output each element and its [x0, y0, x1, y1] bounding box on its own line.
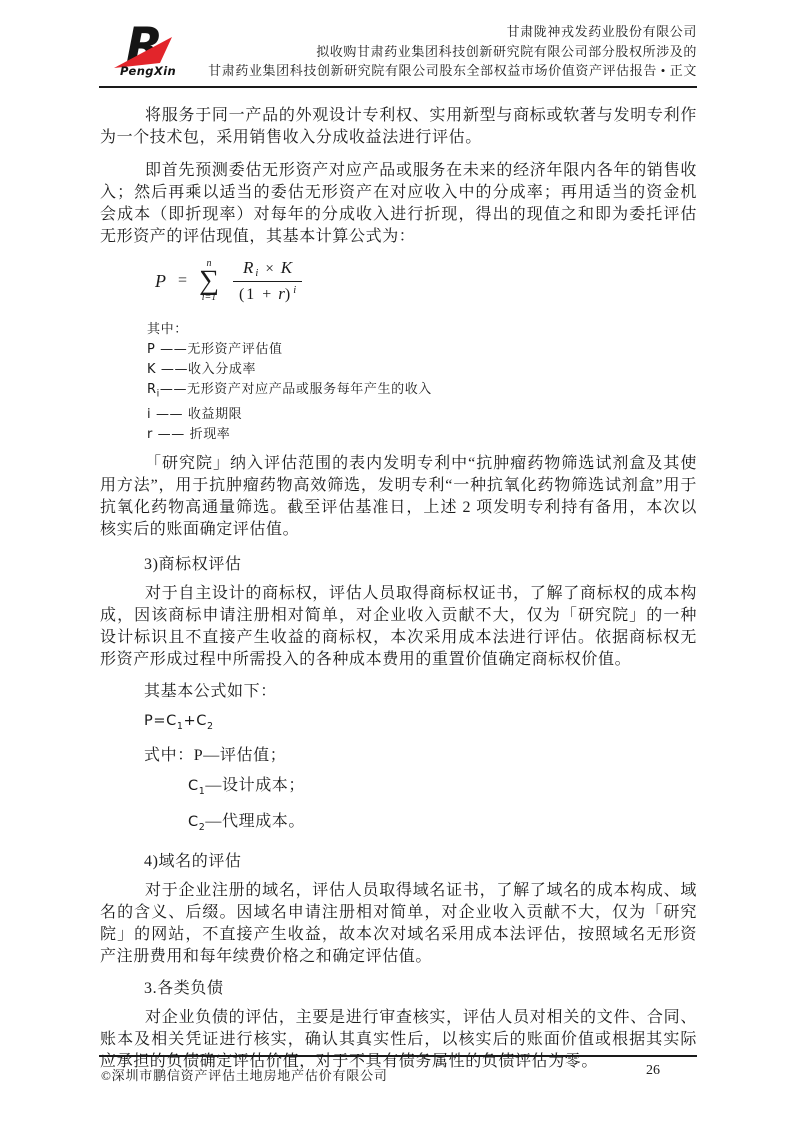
formula-fraction: Ri × K (1 + r )i	[233, 258, 302, 304]
logo-r-icon: R PengXin	[110, 22, 194, 78]
logo-brand-text: PengXin	[120, 64, 176, 78]
def-r-rest: ——无形资产对应产品或服务每年产生的收入	[160, 382, 432, 397]
var-r-discount: r	[278, 284, 285, 304]
heading-liabilities: 3.各类负债	[144, 978, 697, 1000]
cost-formula-b: +C	[183, 713, 206, 729]
def-k: K ——收入分成率	[147, 360, 697, 380]
var-k: K	[281, 258, 292, 278]
document-body: 将服务于同一产品的外观设计专利权、实用新型与商标或软著与发明专利作为一个技术包，…	[100, 99, 697, 1073]
def-r-base: R	[147, 382, 157, 397]
formula-equals: =	[178, 272, 187, 290]
heading-domain: 4)域名的评估	[144, 851, 697, 873]
header-line-transaction: 拟收购甘肃药业集团科技创新研究院有限公司部分股权所涉及的	[208, 42, 697, 62]
def-r-income: Ri——无形资产对应产品或服务每年产生的收入	[147, 380, 697, 405]
report-page: { "header": { "logo_text": "PengXin", "l…	[0, 0, 793, 1122]
cost-formula: P=C1+C2	[144, 710, 697, 738]
para-domain: 对于企业注册的域名，评估人员取得域名证书，了解了域名的成本构成、域名的含义、后缀…	[100, 880, 697, 968]
para-method-description: 即首先预测委估无形资产对应产品或服务在未来的经济年限内各年的销售收入；然后再乘以…	[100, 160, 697, 248]
fraction-numerator: Ri × K	[233, 258, 302, 282]
den-close: )	[285, 286, 292, 304]
header-line-company: 甘肃陇神戎发药业股份有限公司	[208, 22, 697, 42]
def-r-discount: r —— 折现率	[147, 425, 697, 445]
cost-def-c1: C1—设计成本；	[188, 775, 697, 803]
pengxin-logo: R PengXin	[110, 22, 194, 78]
cost-formula-a: P=C	[144, 713, 177, 729]
page-number: 26	[646, 1063, 660, 1079]
para-patents: 「研究院」纳入评估范围的表内发明专利中“抗肿瘤药物筛选试剂盒及其使用方法”，用于…	[100, 453, 697, 541]
fraction-denominator: (1 + r )i	[239, 282, 296, 304]
formula-income-split: P = n ∑ i=1 Ri × K (1 + r )i	[155, 256, 697, 306]
def-p: P ——无形资产评估值	[147, 340, 697, 360]
heading-trademark: 3)商标权评估	[144, 554, 697, 576]
header-divider	[99, 86, 697, 88]
cost-def-c2: C2—代理成本。	[188, 811, 697, 839]
c1-base: C	[188, 778, 199, 794]
summation-symbol: n ∑ i=1	[199, 259, 219, 303]
var-r: R	[243, 258, 253, 278]
header-line-report-title: 甘肃药业集团科技创新研究院有限公司股东全部权益市场价值资产评估报告 • 正文	[208, 61, 697, 81]
cost-formula-sub2: 2	[207, 720, 214, 731]
c2-base: C	[188, 814, 199, 830]
den-exponent: i	[293, 285, 296, 296]
footer-divider	[99, 1055, 697, 1057]
para-tech-package: 将服务于同一产品的外观设计专利权、实用新型与商标或软著与发明专利作为一个技术包，…	[100, 105, 697, 149]
den-open: (1 +	[239, 286, 273, 304]
sum-lower-limit: i=1	[202, 293, 217, 303]
sigma-icon: ∑	[199, 269, 219, 293]
para-trademark: 对于自主设计的商标权，评估人员取得商标权证书，了解了商标权的成本构成，因该商标申…	[100, 583, 697, 671]
para-liabilities: 对企业负债的评估，主要是进行审查核实，评估人员对相关的文件、合同、账本及相关凭证…	[100, 1007, 697, 1073]
times-operator: ×	[265, 261, 273, 278]
def-i: i —— 收益期限	[147, 405, 697, 425]
report-header: 甘肃陇神戎发药业股份有限公司 拟收购甘肃药业集团科技创新研究院有限公司部分股权所…	[208, 22, 697, 81]
c2-text: —代理成本。	[205, 813, 305, 830]
cost-formula-intro: 其基本公式如下：	[144, 681, 697, 703]
defs-intro: 其中：	[147, 320, 697, 340]
formula-lhs: P	[155, 271, 166, 292]
formula-definitions: 其中： P ——无形资产评估值 K ——收入分成率 Ri——无形资产对应产品或服…	[147, 320, 697, 445]
footer-copyright: ©深圳市鹏信资产评估土地房地产估价有限公司	[101, 1065, 388, 1084]
c1-text: —设计成本；	[205, 777, 305, 794]
var-r-subscript: i	[255, 268, 258, 279]
cost-def-p: 式中：P—评估值；	[144, 745, 697, 767]
